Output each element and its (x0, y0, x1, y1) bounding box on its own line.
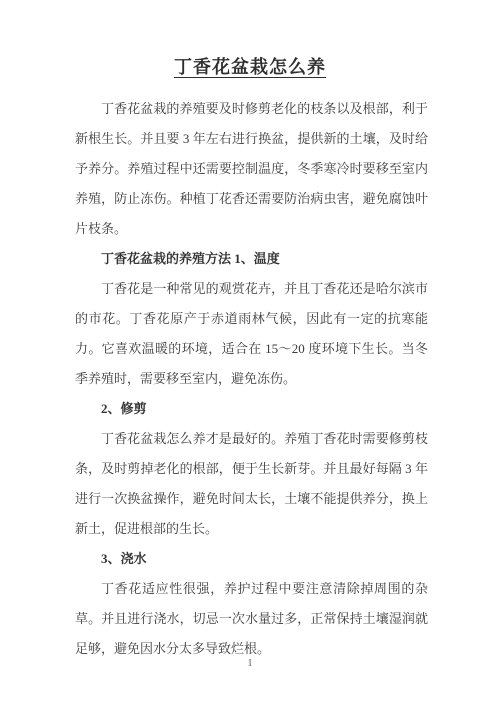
section-heading-temperature: 丁香花盆栽的养殖方法 1、温度 (75, 244, 428, 274)
body-paragraph: 丁香花适应性很强，养护过程中要注意清除掉周围的杂草。并且进行浇水，切忌一次水量过… (75, 574, 428, 664)
section-heading-pruning: 2、修剪 (75, 394, 428, 424)
document-body: 丁香花盆栽的养殖要及时修剪老化的枝条以及根部，利于新根生长。并且要 3 年左右进… (75, 94, 428, 664)
body-paragraph: 丁香花是一种常见的观赏花卉，并且丁香花还是哈尔滨市的市花。丁香花原产于赤道雨林气… (75, 274, 428, 394)
section-heading-watering: 3、浇水 (75, 544, 428, 574)
page-number-footer: 1 (0, 658, 500, 669)
body-paragraph: 丁香花盆栽的养殖要及时修剪老化的枝条以及根部，利于新根生长。并且要 3 年左右进… (75, 94, 428, 244)
document-title: 丁香花盆栽怎么养 (0, 0, 500, 80)
document-page: 丁香花盆栽怎么养 丁香花盆栽的养殖要及时修剪老化的枝条以及根部，利于新根生长。并… (0, 0, 500, 707)
body-paragraph: 丁香花盆栽怎么养才是最好的。养殖丁香花时需要修剪枝条，及时剪掉老化的根部，便于生… (75, 424, 428, 544)
